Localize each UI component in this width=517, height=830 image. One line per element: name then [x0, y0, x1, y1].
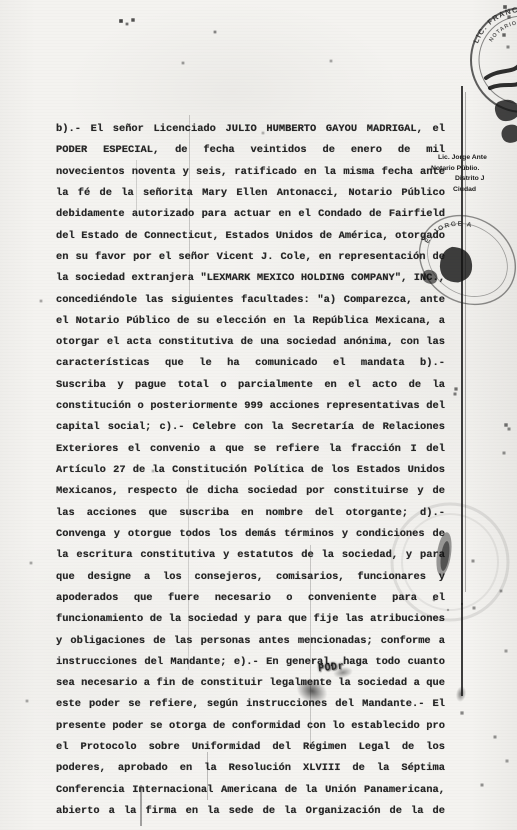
- document-line: el Notario Público de su elección en la …: [56, 311, 445, 332]
- document-line: apoderados que fuere necesario o conveni…: [56, 588, 445, 609]
- document-line: funcionamiento de la sociedad y para que…: [56, 609, 445, 630]
- document-line: que designe a los consejeros, comisarios…: [56, 567, 445, 588]
- fold-line-smudge: [455, 685, 468, 702]
- document-line: en su favor por el señor Vicent J. Cole,…: [56, 247, 445, 268]
- document-line: sea necesario a fin de constituir legalm…: [56, 673, 445, 694]
- document-text-block: b).- El señor Licenciado JULIO HUMBERTO …: [56, 119, 445, 822]
- notary-info-line: Distrito J: [455, 174, 517, 185]
- notary-info-stamp: Lic. Jorge Ante Notario Públio. Distrito…: [431, 153, 517, 195]
- document-line: instrucciones del Mandante; e).- En gene…: [56, 652, 445, 673]
- document-line: PODER ESPECIAL, de fecha veintidos de en…: [56, 140, 445, 161]
- document-line: Conferencia Internacional Americana de l…: [56, 780, 445, 801]
- document-line: este poder se refiere, según instruccion…: [56, 694, 445, 715]
- document-line: y obligaciones de las personas antes men…: [56, 631, 445, 652]
- document-line: Artículo 27 de la Constitución Política …: [56, 460, 445, 481]
- document-line: características que le ha comunicado el …: [56, 353, 445, 374]
- notary-info-line: Notario Públio.: [431, 164, 517, 175]
- scan-noise: [0, 0, 2, 2]
- document-line: debidamente autorizado para actuar en el…: [56, 204, 445, 225]
- document-line: capital social; c).- Celebre con la Secr…: [56, 417, 445, 438]
- seal-ink-scribble: [495, 100, 517, 143]
- notary-info-line: Lic. Jorge Ante: [438, 153, 517, 164]
- document-line: constitución o posteriormente 999 accion…: [56, 396, 445, 417]
- seal-ring: [479, 16, 517, 104]
- document-line: el Protocolo sobre Uniformidad del Régim…: [56, 737, 445, 758]
- document-line: novecientos noventa y seis, ratificado e…: [56, 162, 445, 183]
- document-line: Convenga y otorgue todos los demás térmi…: [56, 524, 445, 545]
- seal-speck: [447, 609, 449, 611]
- seal-arc-text: LIC. FRANCISCO: [428, 0, 517, 44]
- document-line: la fé de la señorita Mary Ellen Antonacc…: [56, 183, 445, 204]
- document-line: poderes, aprobado en la Resolución XLVII…: [56, 758, 445, 779]
- document-line: abierto a la firma en la sede de la Orga…: [56, 801, 445, 822]
- document-line: concediéndole las siguientes facultades:…: [56, 290, 445, 311]
- document-line: Mexicanos, respecto de dicha sociedad po…: [56, 481, 445, 502]
- scanned-document-page: b).- El señor Licenciado JULIO HUMBERTO …: [0, 0, 517, 830]
- document-line: del Estado de Connecticut, Estados Unido…: [56, 226, 445, 247]
- document-line: b).- El señor Licenciado JULIO HUMBERTO …: [56, 119, 445, 140]
- seal-inner-text: NOTARIO: [488, 20, 517, 43]
- seal-ring: [471, 8, 517, 112]
- document-line: Suscriba y pague total o parcialmente en…: [56, 375, 445, 396]
- document-line: Exteriores el convenio a que se refiere …: [56, 439, 445, 460]
- seal-ink-scribble: [486, 64, 517, 88]
- document-line: la escritura constitutiva y estatutos de…: [56, 545, 445, 566]
- document-line: la sociedad extranjera "LEXMARK MEXICO H…: [56, 268, 445, 289]
- document-line: otorgar el acta constitutiva de una soci…: [56, 332, 445, 353]
- document-line: las acciones que suscriba en nombre del …: [56, 503, 445, 524]
- notary-info-line: Ciudad: [453, 185, 517, 196]
- document-line: presente poder se otorga de conformidad …: [56, 716, 445, 737]
